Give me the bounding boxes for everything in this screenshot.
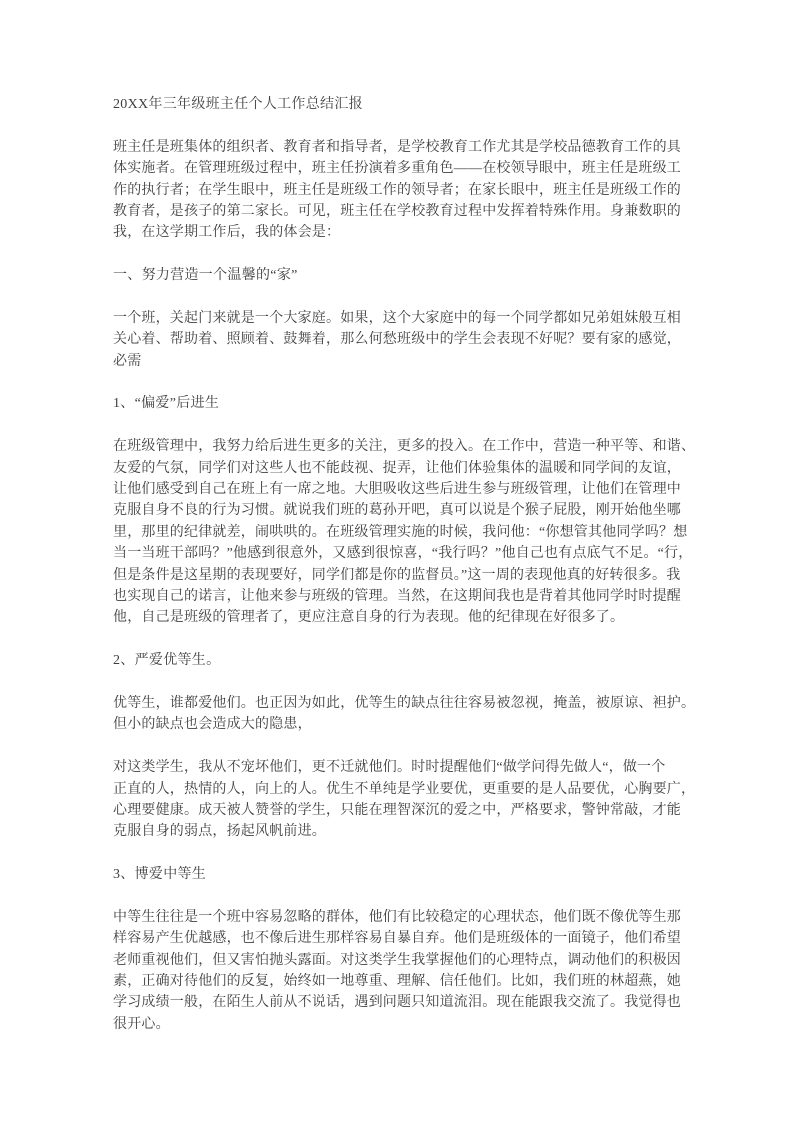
text-line: 让他们感受到自己在班上有一席之地。大胆吸收这些后进生参与班级管理，让他们在管理中 [113,479,688,500]
text-line: 他，自己是班级的管理者了，更应注意自身的行为表现。他的纪律现在好很多了。 [113,607,688,628]
text-line: 20XX年三年级班主任个人工作总结汇报 [113,94,688,115]
paragraph: 中等生往往是一个班中容易忽略的群体，他们有比较稳定的心理状态，他们既不像优等生那… [113,907,688,1035]
text-line: 素，正确对待他们的反复，始终如一地尊重、理解、信任他们。比如，我们班的林超燕，她 [113,971,688,992]
text-line: 友爱的气氛，同学们对这些人也不能歧视、捉弄，让他们体验集体的温暖和同学间的友谊， [113,458,688,479]
paragraph: 一个班，关起门来就是一个大家庭。如果，这个大家庭中的每一个同学都如兄弟姐妹般互相… [113,308,688,372]
text-line: 必需 [113,351,688,372]
paragraph: 在班级管理中，我努力给后进生更多的关注，更多的投入。在工作中，营造一种平等、和谐… [113,436,688,629]
paragraph: 班主任是班集体的组织者、教育者和指导者，是学校教育工作尤其是学校品德教育工作的具… [113,137,688,244]
text-line: 关心着、帮助着、照顾着、鼓舞着，那么何愁班级中的学生会表现不好呢？要有家的感觉， [113,329,688,350]
text-line: 正直的人，热情的人，向上的人。优生不单纯是学业要优，更重要的是人品要优，心胸要广… [113,779,688,800]
text-line: 体实施者。在管理班级过程中，班主任扮演着多重角色——在校领导眼中，班主任是班级工 [113,158,688,179]
text-line: 样容易产生优越感，也不像后进生那样容易自暴自弃。他们是班级体的一面镜子，他们希望 [113,928,688,949]
text-line: 2、严爱优等生。 [113,650,688,671]
text-line: 我，在这学期工作后，我的体会是： [113,222,688,243]
text-line: 学习成绩一般，在陌生人前从不说话，遇到问题只知道流泪。现在能跟我交流了。我觉得也 [113,992,688,1013]
text-line: 班主任是班集体的组织者、教育者和指导者，是学校教育工作尤其是学校品德教育工作的具 [113,137,688,158]
text-line: 也实现自己的诺言，让他来参与班级的管理。当然，在这期间我也是背着其他同学时时提醒 [113,586,688,607]
text-line: 很开心。 [113,1014,688,1035]
text-line: 克服自身的弱点，扬起风帆前进。 [113,821,688,842]
text-line: 作的执行者；在学生眼中，班主任是班级工作的领导者；在家长眼中，班主任是班级工作的 [113,180,688,201]
text-line: 一个班，关起门来就是一个大家庭。如果，这个大家庭中的每一个同学都如兄弟姐妹般互相 [113,308,688,329]
text-line: 1、“偏爱”后进生 [113,393,688,414]
document-page: 20XX年三年级班主任个人工作总结汇报班主任是班集体的组织者、教育者和指导者，是… [0,0,793,1122]
paragraph: 对这类学生，我从不宠坏他们，更不迁就他们。时时提醒他们“做学问得先做人“，做一个… [113,757,688,843]
text-line: 在班级管理中，我努力给后进生更多的关注，更多的投入。在工作中，营造一种平等、和谐… [113,436,688,457]
text-line: 中等生往往是一个班中容易忽略的群体，他们有比较稳定的心理状态，他们既不像优等生那 [113,907,688,928]
text-line: 里，那里的纪律就差，闹哄哄的。在班级管理实施的时候，我问他：“你想管其他同学吗？… [113,522,688,543]
section-heading: 2、严爱优等生。 [113,650,688,671]
text-line: 心理要健康。成天被人赞誉的学生，只能在理智深沉的爱之中，严格要求，警钟常敲，才能 [113,800,688,821]
text-line: 优等生，谁都爱他们。也正因为如此，优等生的缺点往往容易被忽视，掩盖，被原谅、袒护… [113,693,688,714]
text-line: 教育者，是孩子的第二家长。可见，班主任在学校教育过程中发挥着特殊作用。身兼数职的 [113,201,688,222]
section-heading: 3、博爱中等生 [113,864,688,885]
text-line: 但是条件是这星期的表现要好，同学们都是你的监督员。”这一周的表现他真的好转很多。… [113,565,688,586]
text-line: 但小的缺点也会造成大的隐患， [113,714,688,735]
section-heading: 1、“偏爱”后进生 [113,393,688,414]
text-line: 对这类学生，我从不宠坏他们，更不迁就他们。时时提醒他们“做学问得先做人“，做一个 [113,757,688,778]
document-content: 20XX年三年级班主任个人工作总结汇报班主任是班集体的组织者、教育者和指导者，是… [113,94,688,1035]
text-line: 一、努力营造一个温馨的“家” [113,265,688,286]
document-title: 20XX年三年级班主任个人工作总结汇报 [113,94,688,115]
text-line: 老师重视他们，但又害怕抛头露面。对这类学生我掌握他们的心理特点，调动他们的积极因 [113,950,688,971]
text-line: 3、博爱中等生 [113,864,688,885]
paragraph: 优等生，谁都爱他们。也正因为如此，优等生的缺点往往容易被忽视，掩盖，被原谅、袒护… [113,693,688,736]
text-line: 克服自身不良的行为习惯。就说我们班的葛孙开吧，真可以说是个猴子屁股，刚开始他坐哪 [113,500,688,521]
text-line: 当一当班干部吗？”他感到很意外，又感到很惊喜，“我行吗？”他自己也有点底气不足。… [113,543,688,564]
section-heading: 一、努力营造一个温馨的“家” [113,265,688,286]
